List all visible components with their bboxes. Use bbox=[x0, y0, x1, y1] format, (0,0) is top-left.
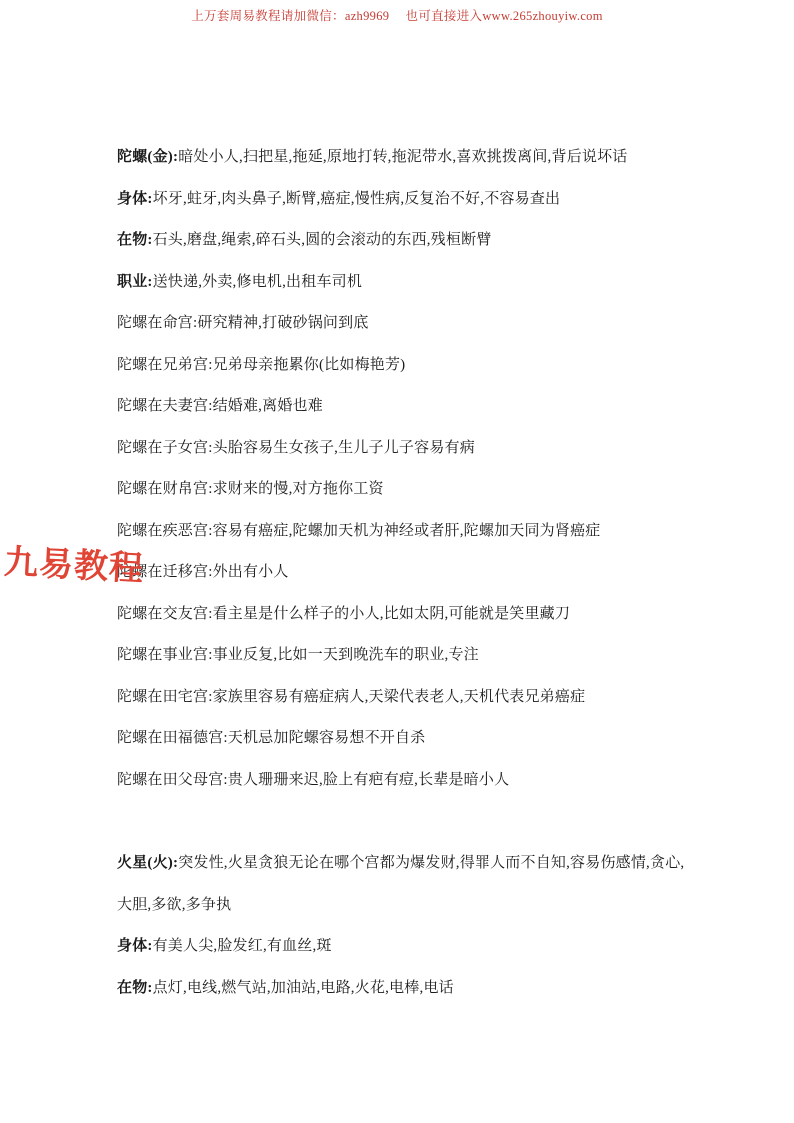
paragraph-lead: 身体: bbox=[117, 938, 153, 954]
paragraph: 陀螺在迁移宫:外出有小人 bbox=[117, 552, 692, 594]
document-page: 上万套周易教程请加微信：azh9969 也可直接进入www.265zhouyiw… bbox=[0, 0, 794, 1123]
paragraph: 火星(火):突发性,火星贪狼无论在哪个宫都为爆发财,得罪人而不自知,容易伤感情,… bbox=[117, 843, 692, 926]
paragraph: 陀螺在事业宫:事业反复,比如一天到晚洗车的职业,专注 bbox=[117, 635, 692, 677]
paragraph: 在物:石头,磨盘,绳索,碎石头,圆的会滚动的东西,残桓断臂 bbox=[117, 220, 692, 262]
header-notice: 上万套周易教程请加微信：azh9969 也可直接进入www.265zhouyiw… bbox=[0, 6, 794, 24]
paragraph: 陀螺在田父母宫:贵人珊珊来迟,脸上有疤有痘,长辈是暗小人 bbox=[117, 760, 692, 802]
paragraph: 陀螺在田福德宫:天机忌加陀螺容易想不开自杀 bbox=[117, 718, 692, 760]
paragraph: 陀螺在兄弟宫:兄弟母亲拖累你(比如梅艳芳) bbox=[117, 345, 692, 387]
paragraph: 陀螺在田宅宫:家族里容易有癌症病人,天梁代表老人,天机代表兄弟癌症 bbox=[117, 677, 692, 719]
paragraph-lead: 火星(火): bbox=[117, 855, 178, 871]
paragraph-lead: 在物: bbox=[117, 232, 153, 248]
document-body: 陀螺(金):暗处小人,扫把星,拖延,原地打转,拖泥带水,喜欢挑拨离间,背后说坏话… bbox=[117, 137, 692, 1009]
paragraph: 职业:送快递,外卖,修电机,出租车司机 bbox=[117, 262, 692, 304]
paragraph: 陀螺在夫妻宫:结婚难,离婚也难 bbox=[117, 386, 692, 428]
watermark-stamp: 九易教程 bbox=[3, 545, 145, 586]
paragraph: 陀螺在交友宫:看主星是什么样子的小人,比如太阴,可能就是笑里藏刀 bbox=[117, 594, 692, 636]
paragraph: 身体:有美人尖,脸发红,有血丝,斑 bbox=[117, 926, 692, 968]
paragraph: 身体:坏牙,蛀牙,肉头鼻子,断臂,癌症,慢性病,反复治不好,不容易查出 bbox=[117, 179, 692, 221]
paragraph-lead: 身体: bbox=[117, 191, 153, 207]
paragraph-lead: 在物: bbox=[117, 980, 153, 996]
paragraph: 陀螺在子女宫:头胎容易生女孩子,生儿子儿子容易有病 bbox=[117, 428, 692, 470]
paragraph: 在物:点灯,电线,燃气站,加油站,电路,火花,电棒,电话 bbox=[117, 968, 692, 1010]
paragraph: 陀螺在命宫:研究精神,打破砂锅问到底 bbox=[117, 303, 692, 345]
paragraph: 陀螺(金):暗处小人,扫把星,拖延,原地打转,拖泥带水,喜欢挑拨离间,背后说坏话 bbox=[117, 137, 692, 179]
paragraph: 陀螺在财帛宫:求财来的慢,对方拖你工资 bbox=[117, 469, 692, 511]
paragraph-lead: 陀螺(金): bbox=[117, 149, 178, 165]
paragraph: 陀螺在疾恶宫:容易有癌症,陀螺加天机为神经或者肝,陀螺加天同为肾癌症 bbox=[117, 511, 692, 553]
paragraph-lead: 职业: bbox=[117, 274, 153, 290]
